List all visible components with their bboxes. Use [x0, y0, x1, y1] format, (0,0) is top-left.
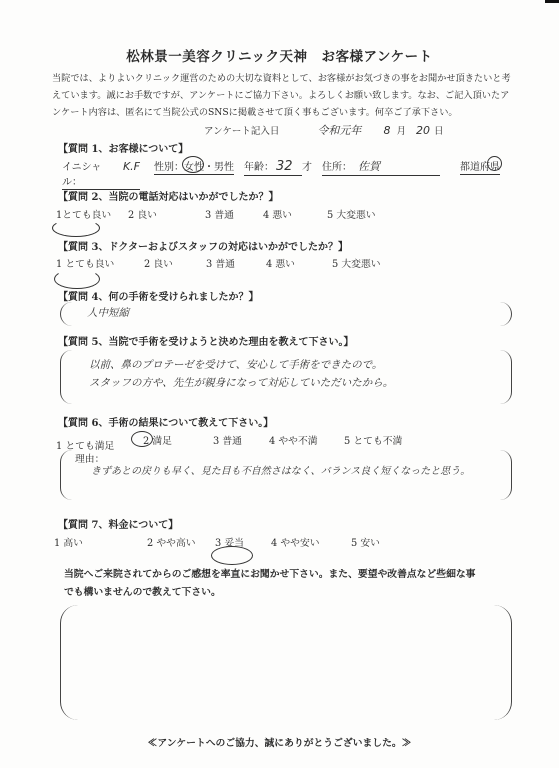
q5-answer-line-2: スタッフの方や、先生が親身になって対応していただいたから。: [61, 372, 511, 394]
survey-intro: 当院では、よりよいクリニック運営のための大切な資料として、お客様がお気づきの事を…: [52, 70, 512, 121]
comments-prompt: 当院へご来院されてからのご感想を率直にお聞かせ下さい。また、要望や改善点など些細…: [64, 566, 484, 602]
address-value: 佐賀: [358, 158, 380, 174]
gender-female-option[interactable]: 女性: [184, 158, 204, 173]
q4-heading: 【質問 4、何の手術を受けられましたか？】: [58, 288, 258, 303]
survey-title: 松林景一美容クリニック天神 お客様アンケート: [0, 45, 559, 65]
selected-circle: [487, 156, 502, 171]
initial-label: イニシャル：: [62, 158, 120, 188]
q2-heading: 【質問 2、当院の電話対応はいかがでしたか？】: [58, 188, 278, 203]
q5-answer-box[interactable]: 以前、鼻のプロテーゼを受けて、安心して手術をできたので。 スタッフの方や、先生が…: [60, 350, 512, 404]
gender-field[interactable]: 性別： 女性 ・ 男性: [154, 158, 234, 175]
selected-circle: [52, 219, 100, 237]
q5-heading: 【質問 5、当院で手術を受けようと決めた理由を教えて下さい。】: [58, 333, 353, 348]
gender-male-option[interactable]: 男性: [214, 158, 234, 173]
selected-circle: [211, 546, 253, 565]
date-month: 8: [383, 124, 390, 137]
month-unit: 月: [396, 123, 406, 137]
q4-answer-box[interactable]: 人中短縮: [60, 302, 512, 326]
q6-reason-text: きずあとの戻りも早く、見た目も不自然さはなく、バランス良く短くなったと思う。: [61, 461, 511, 483]
comments-answer-box[interactable]: [60, 605, 512, 720]
q1-respondent-info: イニシャル： K.F 性別： 女性 ・ 男性 年齢： 32 才 住所： 佐賀 都…: [62, 158, 500, 190]
survey-date-row: アンケート記入日 令和元年 8 月 20 日: [204, 122, 443, 138]
q2-option-4[interactable]: 4 悪い: [263, 207, 327, 242]
address-suffix: 都道府県: [460, 158, 500, 175]
selected-circle: [54, 269, 100, 289]
q2-options: 1とても良い 2 良い 3 普通 4 悪い 5 大変悪い: [56, 207, 376, 242]
q6-heading: 【質問 6、手術の結果について教えて下さい。】: [58, 414, 273, 429]
q4-answer: 人中短縮: [61, 302, 511, 324]
age-unit: 才: [302, 158, 312, 173]
initial-field[interactable]: イニシャル： K.F: [62, 158, 140, 190]
selected-circle: [182, 156, 204, 173]
q3-heading: 【質問 3、ドクターおよびスタッフの対応はいかがでしたか？】: [58, 238, 348, 253]
q2-option-5[interactable]: 5 大変悪い: [327, 207, 376, 242]
address-label: 住所：: [322, 158, 352, 173]
scan-corner-mark: [545, 0, 559, 3]
initial-value: K.F: [123, 160, 140, 173]
q6-reason-box[interactable]: 理由： きずあとの戻りも早く、見た目も不自然さはなく、バランス良く短くなったと思…: [60, 450, 512, 500]
age-value: 32: [276, 159, 293, 174]
address-field[interactable]: 住所： 佐賀: [322, 158, 440, 176]
q3-option-5[interactable]: 5 大変悪い: [332, 256, 381, 293]
age-field[interactable]: 年齢： 32: [244, 158, 302, 176]
date-era: 令和元年: [317, 122, 361, 138]
q2-option-3[interactable]: 3 普通: [205, 207, 263, 242]
date-day: 20: [416, 124, 430, 137]
day-unit: 日: [434, 123, 444, 137]
q1-heading: 【質問 1、お客様について】: [58, 140, 188, 155]
footer-thanks: ≪アンケートへのご協力、誠にありがとうございました。≫: [0, 735, 559, 749]
gender-label: 性別：: [154, 158, 184, 173]
q7-heading: 【質問 7、料金について】: [58, 516, 178, 531]
age-label: 年齢：: [244, 158, 274, 173]
q2-option-1[interactable]: 1とても良い: [56, 207, 128, 242]
q3-option-4[interactable]: 4 悪い: [266, 256, 332, 293]
date-label: アンケート記入日: [204, 123, 279, 137]
q2-option-2[interactable]: 2 良い: [128, 207, 205, 242]
